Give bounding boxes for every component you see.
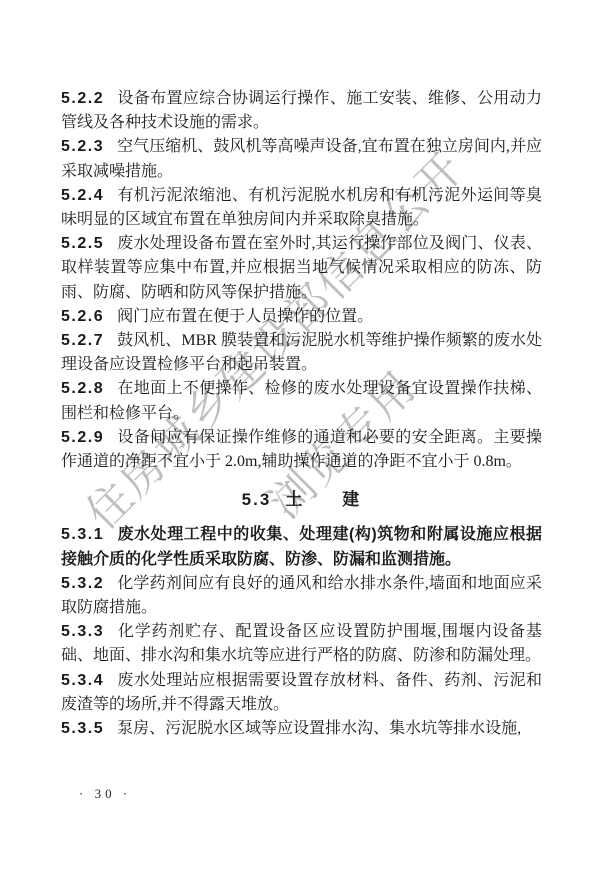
clause-text: 阀门应布置在便于人员操作的位置。 bbox=[117, 308, 373, 325]
page-number: · 30 · bbox=[79, 786, 131, 802]
clause-5-3-1: 5.3.1废水处理工程中的收集、处理建(构)筑物和附属设施应根据接触介质的化学性… bbox=[61, 523, 542, 571]
clause-text: 化学药剂贮存、配置设备区应设置防护围堰,围堰内设备基础、地面、排水沟和集水坑等应… bbox=[61, 623, 542, 664]
clause-text: 设备间应有保证操作维修的通道和必要的安全距离。主要操作通道的净距不宜小于 2.0… bbox=[61, 429, 542, 470]
section-number: 5.3 bbox=[242, 490, 272, 509]
clause-number: 5.2.4 bbox=[61, 187, 104, 204]
clause-number: 5.3.4 bbox=[61, 672, 104, 689]
clause-5-2-3: 5.2.3空气压缩机、鼓风机等高噪声设备,宜布置在独立房间内,并应采取减噪措施。 bbox=[61, 135, 542, 183]
clause-number: 5.3.1 bbox=[61, 526, 104, 543]
clause-text: 废水处理工程中的收集、处理建(构)筑物和附属设施应根据接触介质的化学性质采取防腐… bbox=[61, 526, 542, 567]
clause-text: 废水处理设备布置在室外时,其运行操作部位及阀门、仪表、取样装置等应集中布置,并应… bbox=[61, 235, 542, 300]
clause-number: 5.2.3 bbox=[61, 138, 104, 155]
clause-number: 5.3.5 bbox=[61, 720, 104, 737]
clause-text: 设备布置应综合协调运行操作、施工安装、维修、公用动力管线及各种技术设施的需求。 bbox=[61, 90, 542, 131]
clause-5-2-6: 5.2.6阀门应布置在便于人员操作的位置。 bbox=[61, 305, 542, 329]
clause-5-3-2: 5.3.2化学药剂间应有良好的通风和给水排水条件,墙面和地面应采取防腐措施。 bbox=[61, 572, 542, 620]
clause-5-2-4: 5.2.4有机污泥浓缩池、有机污泥脱水机房和有机污泥外运间等臭味明显的区域宜布置… bbox=[61, 184, 542, 232]
clause-number: 5.2.8 bbox=[61, 380, 104, 397]
section-heading-5-3: 5.3土 建 bbox=[61, 488, 542, 512]
clause-text: 空气压缩机、鼓风机等高噪声设备,宜布置在独立房间内,并应采取减噪措施。 bbox=[61, 138, 542, 179]
clause-text: 在地面上不便操作、检修的废水处理设备宜设置操作扶梯、围栏和检修平台。 bbox=[61, 380, 542, 421]
document-page: 住房城乡建设部信息公开 浏览专用 5.2.2设备布置应综合协调运行操作、施工安装… bbox=[0, 0, 600, 870]
clause-text: 泵房、污泥脱水区域等应设置排水沟、集水坑等排水设施, bbox=[117, 720, 521, 737]
section-title: 土 建 bbox=[285, 490, 361, 509]
clause-text: 鼓风机、MBR 膜装置和污泥脱水机等维护操作频繁的废水处理设备应设置检修平台和起… bbox=[61, 332, 542, 373]
clause-number: 5.2.2 bbox=[61, 90, 104, 107]
clause-5-2-2: 5.2.2设备布置应综合协调运行操作、施工安装、维修、公用动力管线及各种技术设施… bbox=[61, 87, 542, 135]
clause-5-3-3: 5.3.3化学药剂贮存、配置设备区应设置防护围堰,围堰内设备基础、地面、排水沟和… bbox=[61, 620, 542, 668]
clause-number: 5.3.2 bbox=[61, 575, 104, 592]
clause-text: 化学药剂间应有良好的通风和给水排水条件,墙面和地面应采取防腐措施。 bbox=[61, 575, 542, 616]
clause-5-3-4: 5.3.4废水处理站应根据需要设置存放材料、备件、药剂、污泥和废渣等的场所,并不… bbox=[61, 669, 542, 717]
clause-5-2-7: 5.2.7鼓风机、MBR 膜装置和污泥脱水机等维护操作频繁的废水处理设备应设置检… bbox=[61, 329, 542, 377]
clause-number: 5.2.5 bbox=[61, 235, 104, 252]
clause-text: 废水处理站应根据需要设置存放材料、备件、药剂、污泥和废渣等的场所,并不得露天堆放… bbox=[61, 672, 542, 713]
clause-5-3-5: 5.3.5泵房、污泥脱水区域等应设置排水沟、集水坑等排水设施, bbox=[61, 717, 542, 741]
clause-5-2-8: 5.2.8在地面上不便操作、检修的废水处理设备宜设置操作扶梯、围栏和检修平台。 bbox=[61, 377, 542, 425]
page-content: 5.2.2设备布置应综合协调运行操作、施工安装、维修、公用动力管线及各种技术设施… bbox=[61, 87, 542, 741]
clause-5-2-5: 5.2.5废水处理设备布置在室外时,其运行操作部位及阀门、仪表、取样装置等应集中… bbox=[61, 232, 542, 305]
clause-number: 5.2.6 bbox=[61, 308, 104, 325]
clause-number: 5.2.7 bbox=[61, 332, 104, 349]
clause-5-2-9: 5.2.9设备间应有保证操作维修的通道和必要的安全距离。主要操作通道的净距不宜小… bbox=[61, 426, 542, 474]
clause-text: 有机污泥浓缩池、有机污泥脱水机房和有机污泥外运间等臭味明显的区域宜布置在单独房间… bbox=[61, 187, 542, 228]
clause-number: 5.3.3 bbox=[61, 623, 104, 640]
clause-number: 5.2.9 bbox=[61, 429, 104, 446]
